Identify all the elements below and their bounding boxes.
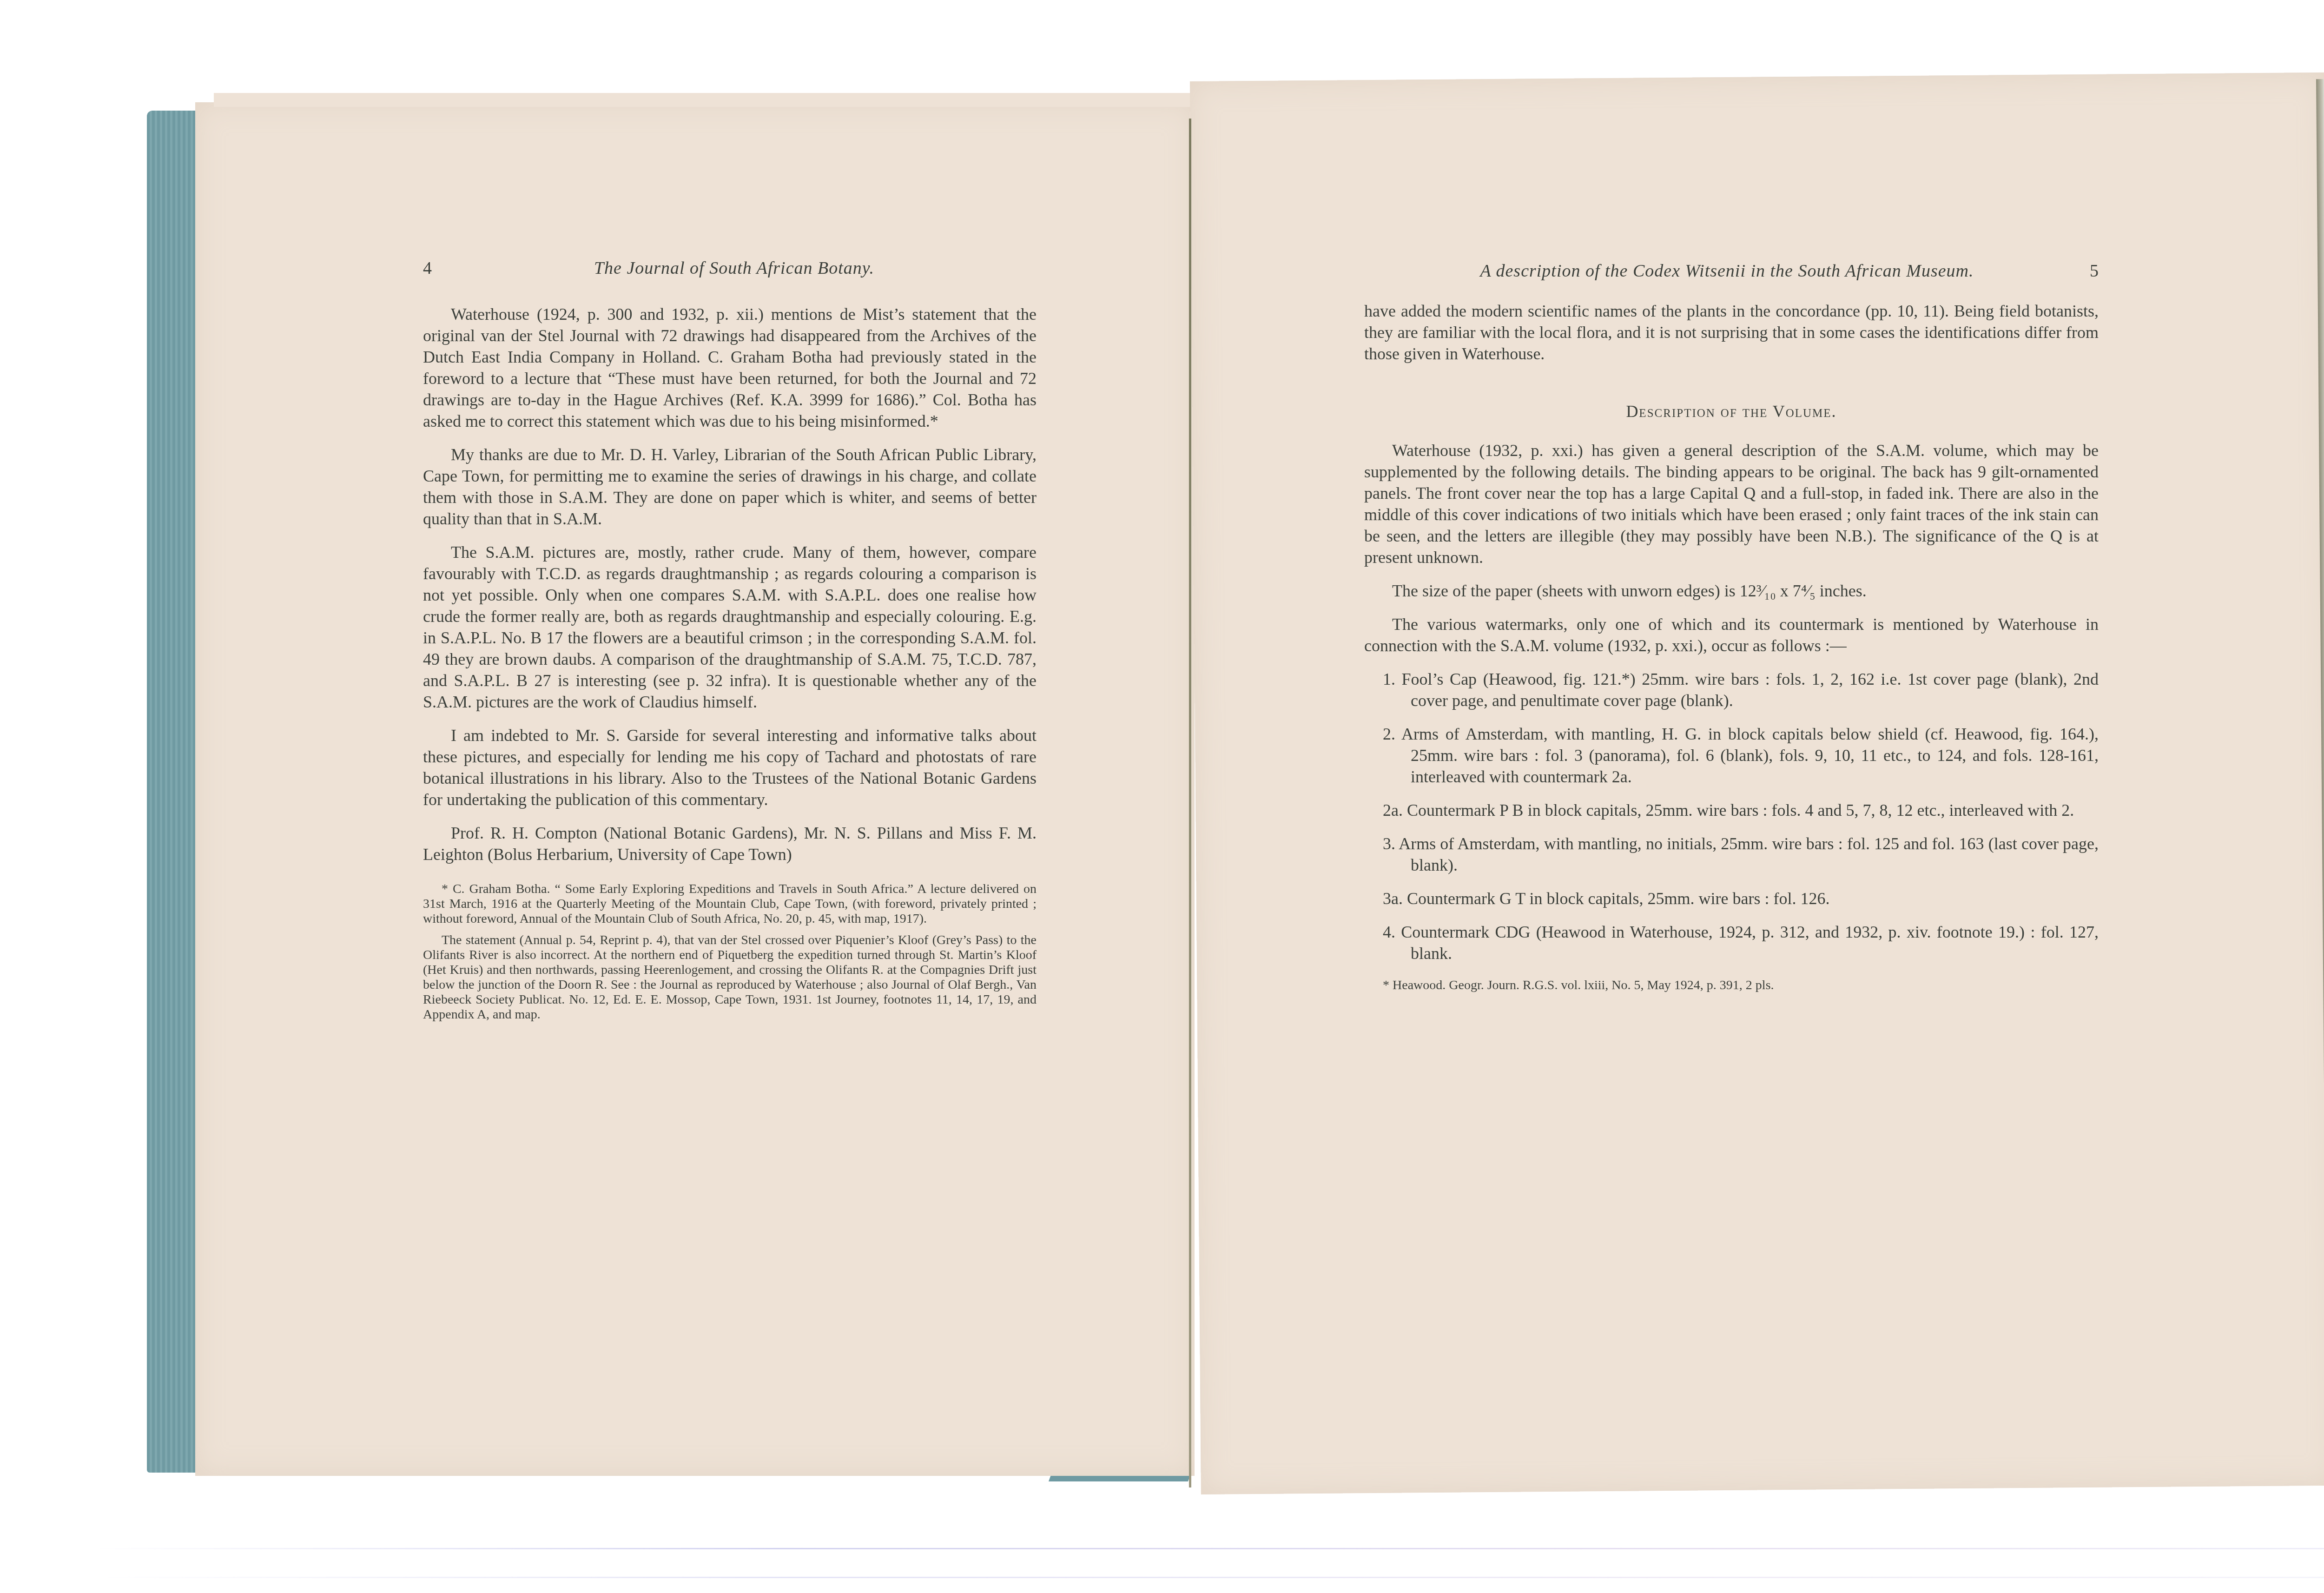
footnote: * C. Graham Botha. “ Some Early Explorin… <box>423 882 1037 926</box>
running-head-left: 4 The Journal of South African Botany. <box>423 258 1037 278</box>
continuation-paragraph: have added the modern scientific names o… <box>1364 300 2099 364</box>
watermark-item: 2. Arms of Amsterdam, with mantling, H. … <box>1383 723 2099 787</box>
page-number: 4 <box>423 258 432 278</box>
journal-title: The Journal of South African Botany. <box>432 258 1037 278</box>
article-title: A description of the Codex Witsenii in t… <box>1364 260 2090 282</box>
paragraph: I am indebted to Mr. S. Garside for seve… <box>423 725 1037 810</box>
running-head-right: A description of the Codex Witsenii in t… <box>1364 260 2099 282</box>
book-gutter <box>1189 119 1191 1487</box>
paragraph: Prof. R. H. Compton (National Botanic Ga… <box>423 822 1037 865</box>
page-number: 5 <box>2090 261 2099 281</box>
right-page-text: A description of the Codex Witsenii in t… <box>1364 260 2099 993</box>
scan-floor-line-2 <box>88 1577 2324 1578</box>
footnote: * Heawood. Geogr. Journ. R.G.S. vol. lxi… <box>1383 978 2099 993</box>
footnote: The statement (Annual p. 54, Reprint p. … <box>423 933 1037 1022</box>
scan-floor-line <box>88 1548 2324 1549</box>
watermark-list: 1. Fool’s Cap (Heawood, fig. 121.*) 25mm… <box>1364 668 2099 964</box>
paragraph: Waterhouse (1932, p. xxi.) has given a g… <box>1364 440 2099 568</box>
section-heading: Description of the Volume. <box>1364 402 2099 421</box>
paragraph: The various watermarks, only one of whic… <box>1364 614 2099 656</box>
left-page-text: 4 The Journal of South African Botany. W… <box>423 258 1037 1029</box>
paragraph: The S.A.M. pictures are, mostly, rather … <box>423 542 1037 713</box>
watermark-item: 2a. Countermark P B in block capitals, 2… <box>1383 800 2099 821</box>
paragraph: Waterhouse (1924, p. 300 and 1932, p. xi… <box>423 304 1037 432</box>
paragraph: My thanks are due to Mr. D. H. Varley, L… <box>423 444 1037 529</box>
paragraph: The size of the paper (sheets with unwor… <box>1364 580 2099 602</box>
watermark-item: 1. Fool’s Cap (Heawood, fig. 121.*) 25mm… <box>1383 668 2099 711</box>
watermark-item: 3a. Countermark G T in block capitals, 2… <box>1383 888 2099 909</box>
book-spine-cover <box>147 111 198 1473</box>
watermark-item: 4. Countermark CDG (Heawood in Waterhous… <box>1383 921 2099 964</box>
footnotes: * C. Graham Botha. “ Some Early Explorin… <box>423 882 1037 1022</box>
watermark-item: 3. Arms of Amsterdam, with mantling, no … <box>1383 833 2099 876</box>
